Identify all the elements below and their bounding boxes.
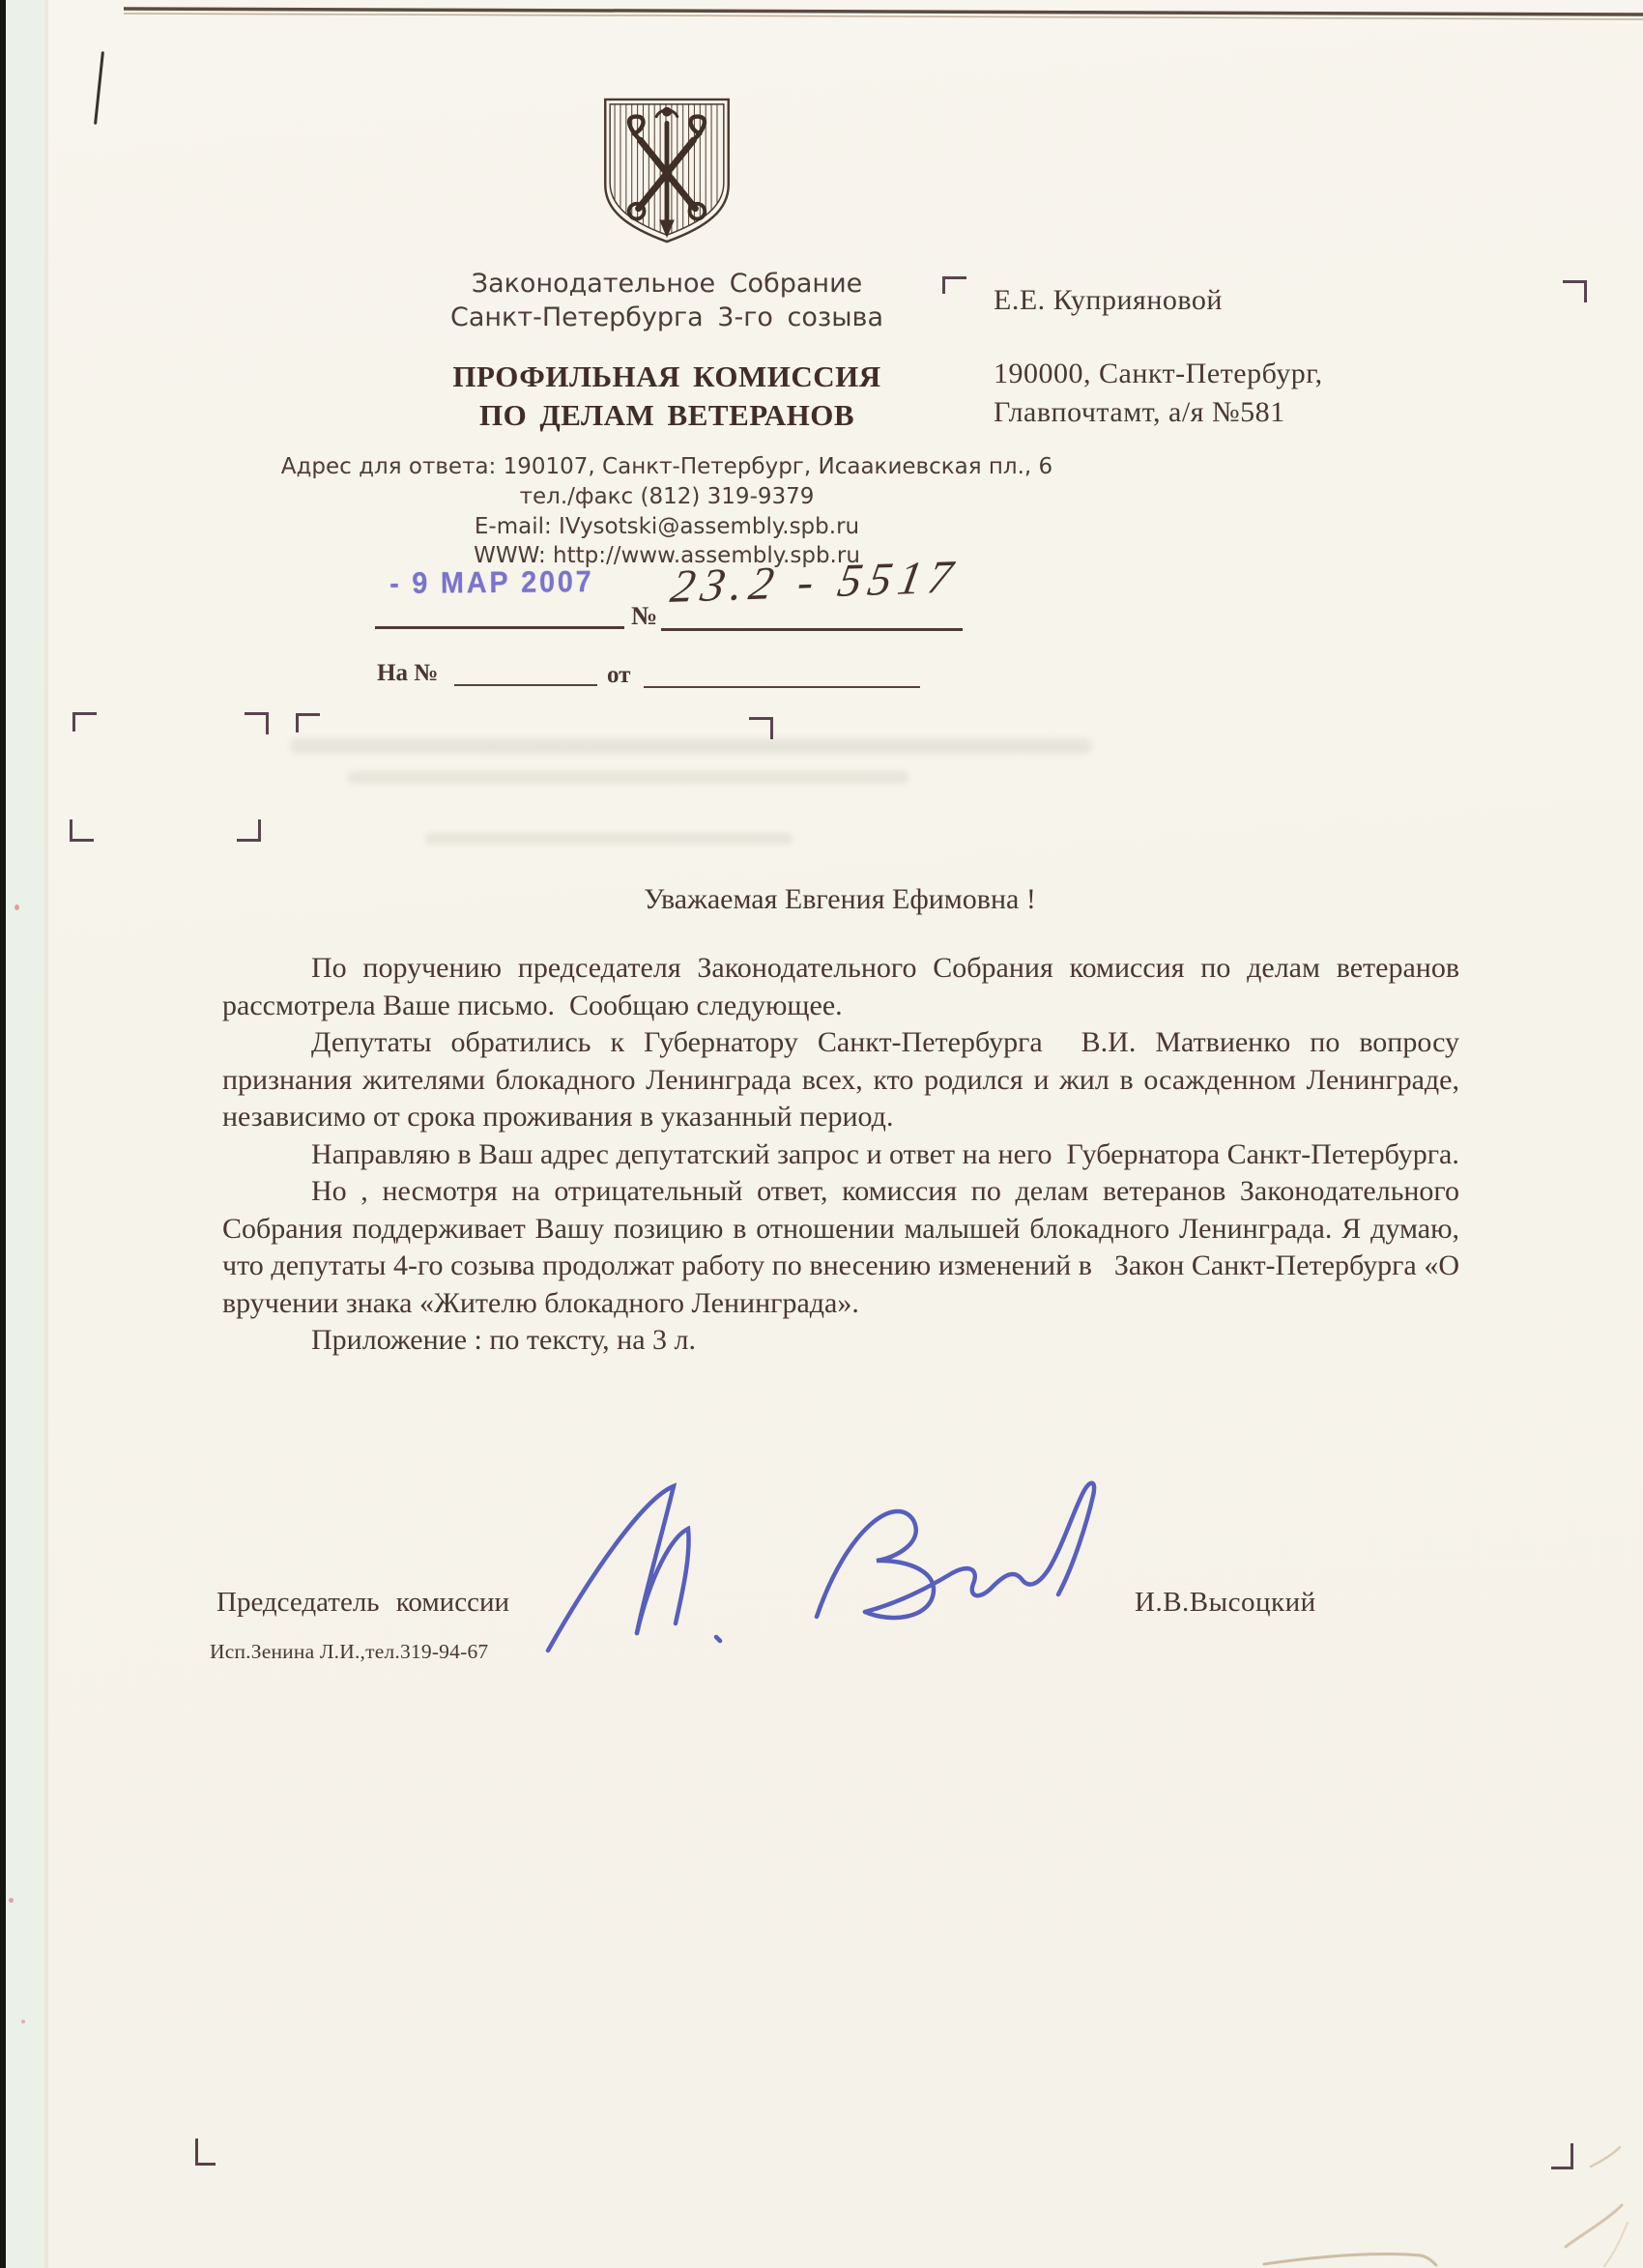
signer-position-title: Председатель комиссии [216, 1587, 509, 1619]
template-corner-mark [245, 712, 269, 734]
address-window-corner-mark [942, 276, 966, 294]
address-window-corner-mark [1563, 280, 1587, 302]
scan-speck [14, 904, 19, 910]
template-corner-mark [237, 819, 261, 842]
scan-speck [9, 1898, 14, 1903]
scan-top-edge-line [0, 0, 1643, 39]
assembly-name: Законодательное Собрание Санкт-Петербург… [377, 267, 957, 334]
number-sign-label: № [631, 601, 657, 631]
paper-wrinkles [1237, 2078, 1643, 2268]
template-corner-mark [749, 717, 773, 739]
commission-name: ПРОФИЛЬНАЯ КОМИССИЯ ПО ДЕЛАМ ВЕТЕРАНОВ [377, 358, 957, 435]
reply-address: Адрес для ответа: 190107, Санкт-Петербур… [184, 454, 1150, 479]
reference-underline [454, 657, 597, 686]
from-label: от [607, 662, 630, 689]
reference-underline [375, 597, 624, 629]
paper-left-edge-shadow [44, 0, 48, 2268]
template-corner-mark [72, 712, 97, 732]
recipient-name: Е.Е. Куприяновой [994, 284, 1223, 317]
attachment-note: Приложение : по тексту, на 3 л. [222, 1322, 1459, 1360]
commission-name-line1: ПРОФИЛЬНАЯ КОМИССИЯ [377, 358, 957, 396]
bleedthrough-text-ghost [425, 833, 793, 845]
body-paragraph: Депутаты обратились к Губернатору Санкт-… [222, 1024, 1459, 1136]
pen-scratch-mark [94, 51, 104, 125]
date-stamp: - 9 МАР 2007 [389, 564, 594, 601]
salutation: Уважаемая Евгения Ефимовна ! [222, 883, 1457, 916]
incoming-number-label: На № [377, 660, 438, 687]
assembly-name-line2: Санкт-Петербурга 3-го созыва [377, 301, 957, 334]
recipient-address-line2: Главпочтамт, а/я №581 [994, 396, 1285, 429]
template-corner-mark [70, 819, 94, 842]
spb-coat-of-arms-icon [600, 97, 734, 244]
bleedthrough-text-ghost [348, 771, 908, 784]
scan-left-edge [0, 0, 6, 2268]
signer-name: И.В.Высоцкий [1135, 1587, 1316, 1619]
body-paragraph: Направляю в Ваш адрес депутатский запрос… [222, 1136, 1459, 1174]
body-paragraph: Но , несмотря на отрицательный ответ, ко… [222, 1173, 1459, 1322]
handwritten-outgoing-number: 23.2 - 5517 [667, 550, 964, 614]
bleedthrough-text-ghost [290, 738, 1092, 754]
executor-note: Исп.Зенина Л.И.,тел.319-94-67 [210, 1640, 488, 1664]
recipient-address-line1: 190000, Санкт-Петербург, [994, 358, 1323, 390]
scanner-margin-strip [6, 0, 44, 2268]
phone-fax: тел./факс (812) 319-9379 [184, 484, 1150, 509]
handwritten-signature [527, 1467, 1116, 1665]
scan-speck [21, 2020, 25, 2024]
template-corner-mark [296, 713, 320, 732]
reference-underline [644, 659, 920, 688]
body-paragraph: По поручению председателя Законодательно… [222, 950, 1459, 1024]
email-address: E-mail: IVysotski@assembly.spb.ru [184, 514, 1150, 539]
letter-body: По поручению председателя Законодательно… [222, 950, 1459, 1360]
website-address: WWW: http://www.assembly.spb.ru [184, 543, 1150, 568]
page-corner-mark [195, 2139, 216, 2166]
scanned-letter-page: Законодательное Собрание Санкт-Петербург… [0, 0, 1643, 2268]
assembly-name-line1: Законодательное Собрание [377, 267, 957, 301]
commission-name-line2: ПО ДЕЛАМ ВЕТЕРАНОВ [377, 396, 957, 435]
